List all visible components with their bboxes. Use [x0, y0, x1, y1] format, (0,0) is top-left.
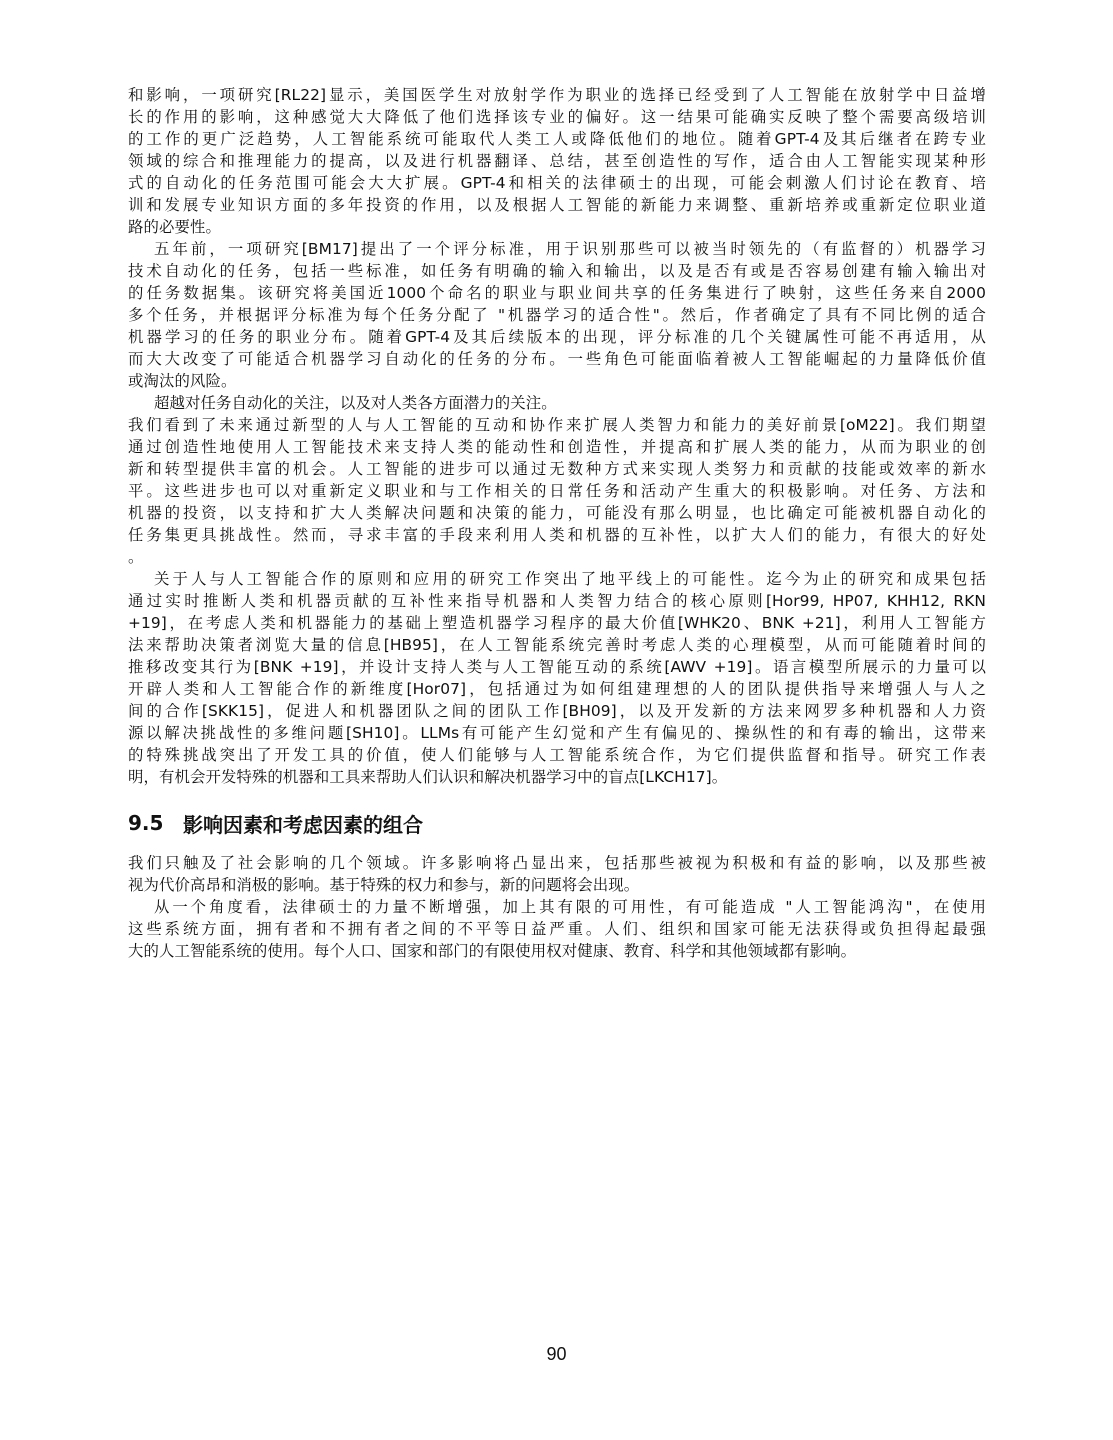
paragraph-beyond-automation: 超越对任务自动化的关注，以及对人类各方面潜力的关注。: [128, 392, 986, 414]
text-line: 源以解决挑战性的多维问题[SH10]。LLMs有可能产生幻觉和产生有偏见的、操纵…: [128, 722, 986, 744]
text-line: 通过创造性地使用人工智能技术来支持人类的能动性和创造性，并提高和扩展人类的能力，…: [128, 436, 986, 458]
text-line: 任务集更具挑战性。然而，寻求丰富的手段来利用人类和机器的互补性，以扩大人们的能力…: [128, 524, 986, 546]
text-line: 技术自动化的任务，包括一些标准，如任务有明确的输入和输出，以及是否有或是否容易创…: [128, 260, 986, 282]
text-line: 的特殊挑战突出了开发工具的价值，使人们能够与人工智能系统合作，为它们提供监督和指…: [128, 744, 986, 766]
text-line: 新和转型提供丰富的机会。人工智能的进步可以通过无数种方式来实现人类努力和贡献的技…: [128, 458, 986, 480]
paragraph-ai-divide: 从一个角度看，法律硕士的力量不断增强，加上其有限的可用性，有可能造成 "人工智能…: [128, 896, 986, 962]
text-line: 领域的综合和推理能力的提高，以及进行机器翻译、总结，甚至创造性的写作，适合由人工…: [128, 150, 986, 172]
text-line: 式的自动化的任务范围可能会大大扩展。GPT-4和相关的法律硕士的出现，可能会刺激…: [128, 172, 986, 194]
text-line: 多个任务，并根据评分标准为每个任务分配了 "机器学习的适合性"。然后，作者确定了…: [128, 304, 986, 326]
text-line: 我们看到了未来通过新型的人与人工智能的互动和协作来扩展人类智力和能力的美好前景[…: [128, 414, 986, 436]
text-line: 机器学习的任务的职业分布。随着GPT-4及其后续版本的出现，评分标准的几个关键属…: [128, 326, 986, 348]
text-line: 。: [128, 546, 986, 568]
section-heading: 9.5 影响因素和考虑因素的组合: [128, 808, 986, 838]
text-line: 平。这些进步也可以对重新定义职业和与工作相关的日常任务和活动产生重大的积极影响。…: [128, 480, 986, 502]
text-line: 明，有机会开发特殊的机器和工具来帮助人们认识和解决机器学习中的盲点[LKCH17…: [128, 766, 986, 788]
paragraph-human-ai-collaboration-prospects: 我们看到了未来通过新型的人与人工智能的互动和协作来扩展人类智力和能力的美好前景[…: [128, 414, 986, 568]
section-title: 影响因素和考虑因素的组合: [183, 809, 423, 838]
text-line: 和影响，一项研究[RL22]显示，美国医学生对放射学作为职业的选择已经受到了人工…: [128, 84, 986, 106]
text-line: 通过实时推断人类和机器贡献的互补性来指导机器和人类智力结合的核心原则[Hor99…: [128, 590, 986, 612]
text-line: 五年前，一项研究[BM17]提出了一个评分标准，用于识别那些可以被当时领先的（有…: [128, 238, 986, 260]
text-line: 推移改变其行为[BNK +19]，并设计支持人类与人工智能互动的系统[AWV +…: [128, 656, 986, 678]
text-line: 这些系统方面，拥有者和不拥有者之间的不平等日益严重。人们、组织和国家可能无法获得…: [128, 918, 986, 940]
text-line: 间的合作[SKK15]，促进人和机器团队之间的团队工作[BH09]，以及开发新的…: [128, 700, 986, 722]
text-line: 长的作用的影响，这种感觉大大降低了他们选择该专业的偏好。这一结果可能确实反映了整…: [128, 106, 986, 128]
text-line: 视为代价高昂和消极的影响。基于特殊的权力和参与，新的问题将会出现。: [128, 874, 986, 896]
text-line: 的任务数据集。该研究将美国近1000个命名的职业与职业间共享的任务集进行了映射，…: [128, 282, 986, 304]
text-line: 超越对任务自动化的关注，以及对人类各方面潜力的关注。: [128, 392, 986, 414]
text-line: 的工作的更广泛趋势，人工智能系统可能取代人类工人或降低他们的地位。随着GPT-4…: [128, 128, 986, 150]
paragraph-bm17-rubric: 五年前，一项研究[BM17]提出了一个评分标准，用于识别那些可以被当时领先的（有…: [128, 238, 986, 392]
page-body: 和影响，一项研究[RL22]显示，美国医学生对放射学作为职业的选择已经受到了人工…: [128, 84, 986, 962]
text-line: 我们只触及了社会影响的几个领域。许多影响将凸显出来，包括那些被视为积极和有益的影…: [128, 852, 986, 874]
section-number: 9.5: [128, 811, 183, 835]
text-line: 关于人与人工智能合作的原则和应用的研究工作突出了地平线上的可能性。迄今为止的研究…: [128, 568, 986, 590]
text-line: 路的必要性。: [128, 216, 986, 238]
paragraph-collaboration-research: 关于人与人工智能合作的原则和应用的研究工作突出了地平线上的可能性。迄今为止的研究…: [128, 568, 986, 788]
text-line: +19]，在考虑人类和机器能力的基础上塑造机器学习程序的最大价值[WHK20、B…: [128, 612, 986, 634]
paragraph-ai-impact-on-professions: 和影响，一项研究[RL22]显示，美国医学生对放射学作为职业的选择已经受到了人工…: [128, 84, 986, 238]
text-line: 训和发展专业知识方面的多年投资的作用，以及根据人工智能的新能力来调整、重新培养或…: [128, 194, 986, 216]
text-line: 机器的投资，以支持和扩大人类解决问题和决策的能力，可能没有那么明显，也比确定可能…: [128, 502, 986, 524]
text-line: 法来帮助决策者浏览大量的信息[HB95]，在人工智能系统完善时考虑人类的心理模型…: [128, 634, 986, 656]
text-line: 而大大改变了可能适合机器学习自动化的任务的分布。一些角色可能面临着被人工智能崛起…: [128, 348, 986, 370]
paragraph-societal-impacts: 我们只触及了社会影响的几个领域。许多影响将凸显出来，包括那些被视为积极和有益的影…: [128, 852, 986, 896]
text-line: 从一个角度看，法律硕士的力量不断增强，加上其有限的可用性，有可能造成 "人工智能…: [128, 896, 986, 918]
text-line: 开辟人类和人工智能合作的新维度[Hor07]，包括通过为如何组建理想的人的团队提…: [128, 678, 986, 700]
text-line: 或淘汰的风险。: [128, 370, 986, 392]
page-number: 90: [0, 1344, 1113, 1365]
text-line: 大的人工智能系统的使用。每个人口、国家和部门的有限使用权对健康、教育、科学和其他…: [128, 940, 986, 962]
